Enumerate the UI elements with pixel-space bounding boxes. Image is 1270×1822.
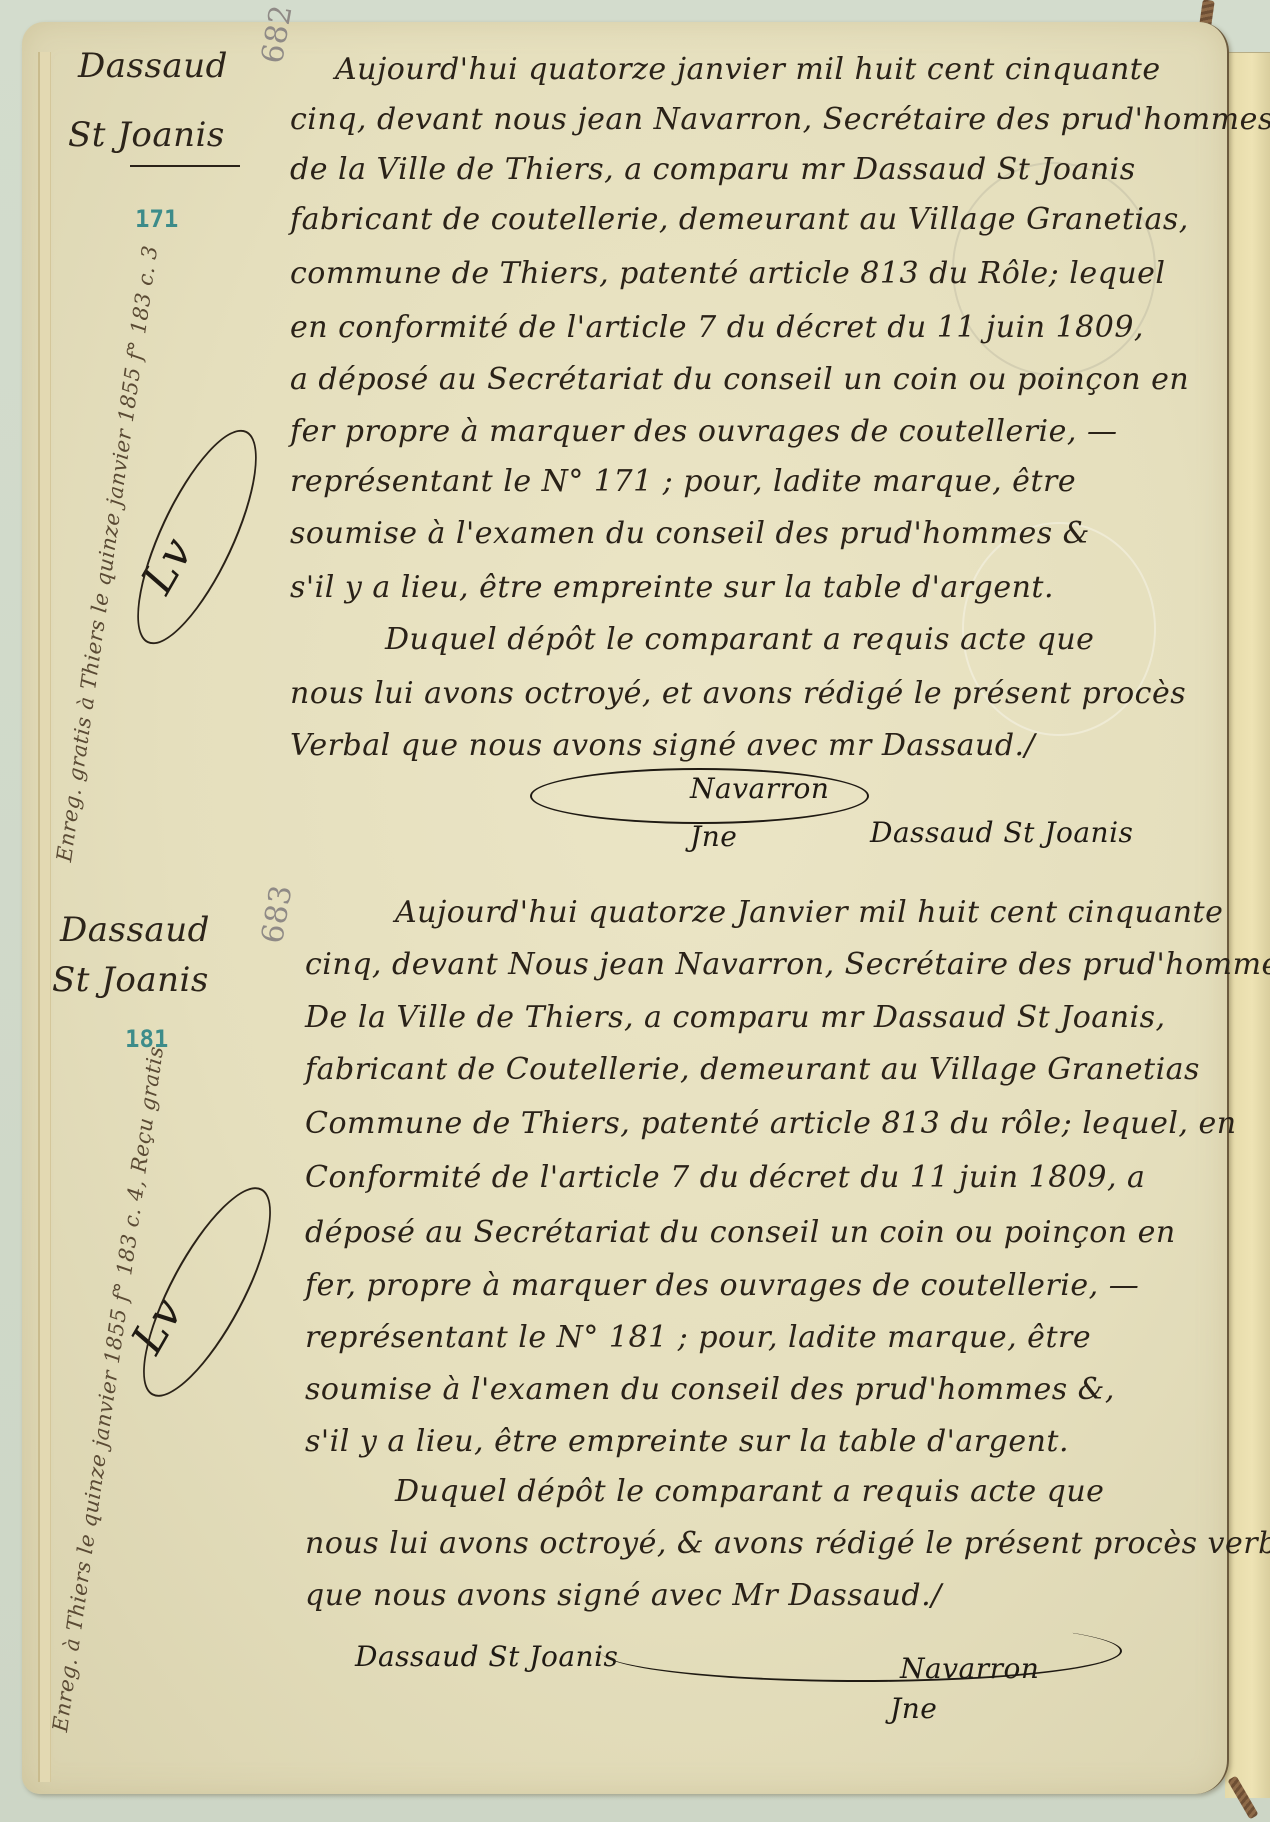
body-line: fer propre à marquer des ouvrages de cou… <box>290 414 1117 449</box>
signature-secretary: Navarron <box>900 1652 1039 1685</box>
signature-secretary: Navarron <box>690 772 829 805</box>
margin-name-line1: Dassaud <box>78 46 228 86</box>
body-line: Aujourd'hui quatorze janvier mil huit ce… <box>335 52 1161 87</box>
body-line: Verbal que nous avons signé avec mr Dass… <box>290 728 1035 763</box>
body-line: Conformité de l'article 7 du décret du 1… <box>305 1160 1145 1195</box>
body-line: De la Ville de Thiers, a comparu mr Dass… <box>305 1000 1166 1035</box>
body-line: fer, propre à marquer des ouvrages de co… <box>305 1268 1139 1303</box>
body-line: fabricant de coutellerie, demeurant au V… <box>290 202 1189 237</box>
body-line: cinq, devant Nous jean Navarron, Secréta… <box>305 947 1270 982</box>
signature-depositor: Dassaud St Joanis <box>870 816 1133 849</box>
body-line: que nous avons signé avec Mr Dassaud./ <box>305 1578 942 1613</box>
margin-name-line2: St Joanis <box>68 115 225 155</box>
body-line: s'il y a lieu, être empreinte sur la tab… <box>305 1424 1069 1459</box>
signature-secretary-suffix: Jne <box>890 1692 937 1725</box>
body-line: Duquel dépôt le comparant a requis acte … <box>395 1474 1104 1509</box>
body-line: cinq, devant nous jean Navarron, Secréta… <box>290 102 1270 137</box>
body-line: en conformité de l'article 7 du décret d… <box>290 310 1144 345</box>
signature-depositor: Dassaud St Joanis <box>355 1640 618 1673</box>
margin-name-line1: Dassaud <box>60 910 210 950</box>
signature-secretary-suffix: Jne <box>690 820 737 853</box>
margin-rule <box>38 52 51 1782</box>
body-line: représentant le N° 171 ; pour, ladite ma… <box>290 464 1076 499</box>
body-line: Aujourd'hui quatorze Janvier mil huit ce… <box>395 895 1223 930</box>
body-line: s'il y a lieu, être empreinte sur la tab… <box>290 570 1054 605</box>
body-line: Commune de Thiers, patenté article 813 d… <box>305 1106 1237 1141</box>
margin-name-underline <box>130 165 240 167</box>
body-line: nous lui avons octroyé, et avons rédigé … <box>290 676 1186 711</box>
body-line: représentant le N° 181 ; pour, ladite ma… <box>305 1320 1091 1355</box>
body-line: a déposé au Secrétariat du conseil un co… <box>290 362 1189 397</box>
body-line: soumise à l'examen du conseil des prud'h… <box>290 516 1090 551</box>
body-line: commune de Thiers, patenté article 813 d… <box>290 256 1166 291</box>
body-line: déposé au Secrétariat du conseil un coin… <box>305 1215 1176 1250</box>
margin-name-line2: St Joanis <box>52 960 209 1000</box>
body-line: de la Ville de Thiers, a comparu mr Dass… <box>290 152 1136 187</box>
body-line: Duquel dépôt le comparant a requis acte … <box>385 622 1094 657</box>
body-line: fabricant de Coutellerie, demeurant au V… <box>305 1052 1200 1087</box>
signature-flourish <box>600 1620 1122 1682</box>
body-line: soumise à l'examen du conseil des prud'h… <box>305 1372 1115 1407</box>
body-line: nous lui avons octroyé, & avons rédigé l… <box>305 1526 1270 1561</box>
